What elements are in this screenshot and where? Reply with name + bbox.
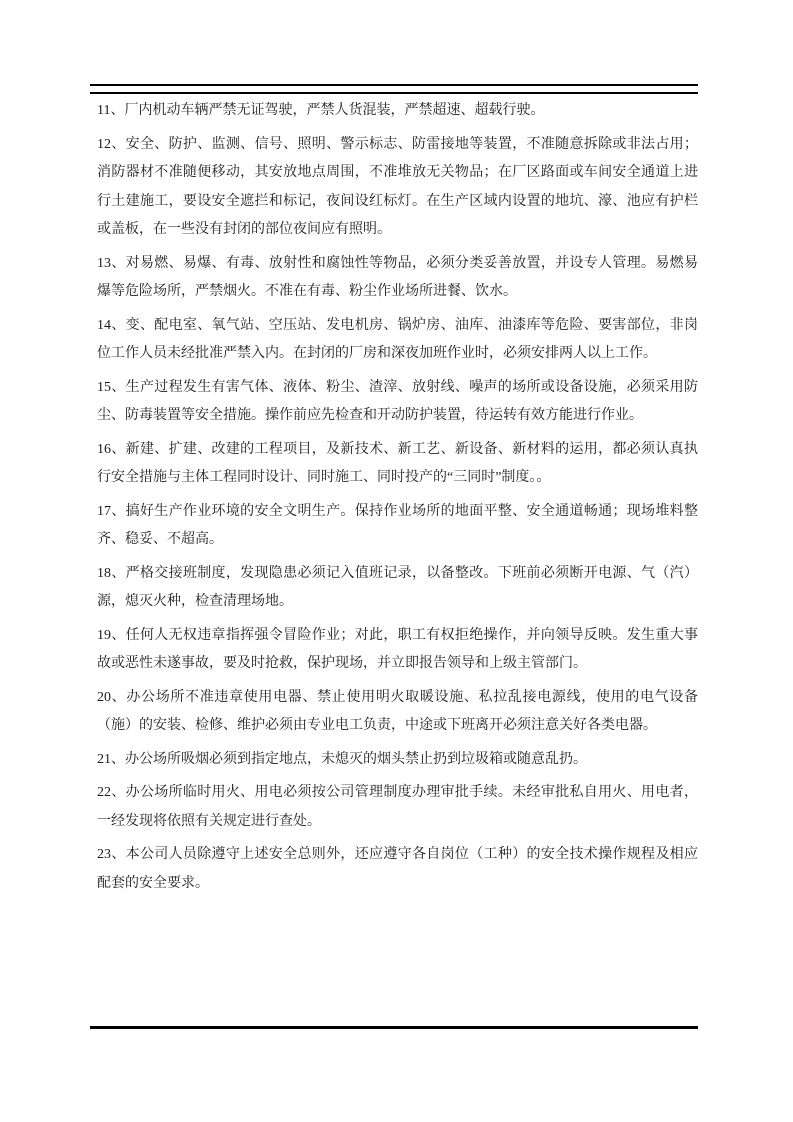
- footer-rule: [90, 1026, 698, 1029]
- document-page: 11、厂内机动车辆严禁无证驾驶，严禁人货混装，严禁超速、超载行驶。 12、安全、…: [0, 0, 793, 1122]
- safety-rule-item-12: 12、安全、防护、监测、信号、照明、警示标志、防雷接地等装置，不准随意拆除或非法…: [97, 131, 698, 245]
- safety-rules-text-block: 11、厂内机动车辆严禁无证驾驶，严禁人货混装，严禁超速、超载行驶。 12、安全、…: [97, 97, 698, 903]
- safety-rule-item-19: 19、任何人无权违章指挥强令冒险作业；对此，职工有权拒绝操作，并向领导反映。发生…: [97, 622, 698, 679]
- safety-rule-item-11: 11、厂内机动车辆严禁无证驾驶，严禁人货混装，严禁超速、超载行驶。: [97, 97, 698, 126]
- header-rule-line-bottom: [90, 92, 698, 94]
- safety-rule-item-14: 14、变、配电室、氧气站、空压站、发电机房、锅炉房、油库、油漆库等危险、要害部位…: [97, 312, 698, 369]
- safety-rule-item-23: 23、本公司人员除遵守上述安全总则外，还应遵守各自岗位（工种）的安全技术操作规程…: [97, 841, 698, 898]
- safety-rule-item-17: 17、搞好生产作业环境的安全文明生产。保持作业场所的地面平整、安全通道畅通；现场…: [97, 498, 698, 555]
- safety-rule-item-21: 21、办公场所吸烟必须到指定地点，未熄灭的烟头禁止扔到垃圾箱或随意乱扔。: [97, 746, 698, 775]
- safety-rule-item-20: 20、办公场所不准违章使用电器、禁止使用明火取暖设施、私拉乱接电源线，使用的电气…: [97, 684, 698, 741]
- safety-rule-item-18: 18、严格交接班制度，发现隐患必须记入值班记录，以备整改。下班前必须断开电源、气…: [97, 560, 698, 617]
- safety-rule-item-16: 16、新建、扩建、改建的工程项目，及新技术、新工艺、新设备、新材料的运用，都必须…: [97, 436, 698, 493]
- header-double-rule: [90, 84, 698, 94]
- safety-rule-item-13: 13、对易燃、易爆、有毒、放射性和腐蚀性等物品，必须分类妥善放置，并设专人管理。…: [97, 250, 698, 307]
- safety-rule-item-22: 22、办公场所临时用火、用电必须按公司管理制度办理审批手续。未经审批私自用火、用…: [97, 779, 698, 836]
- safety-rule-item-15: 15、生产过程发生有害气体、液体、粉尘、渣滓、放射线、噪声的场所或设备设施，必须…: [97, 374, 698, 431]
